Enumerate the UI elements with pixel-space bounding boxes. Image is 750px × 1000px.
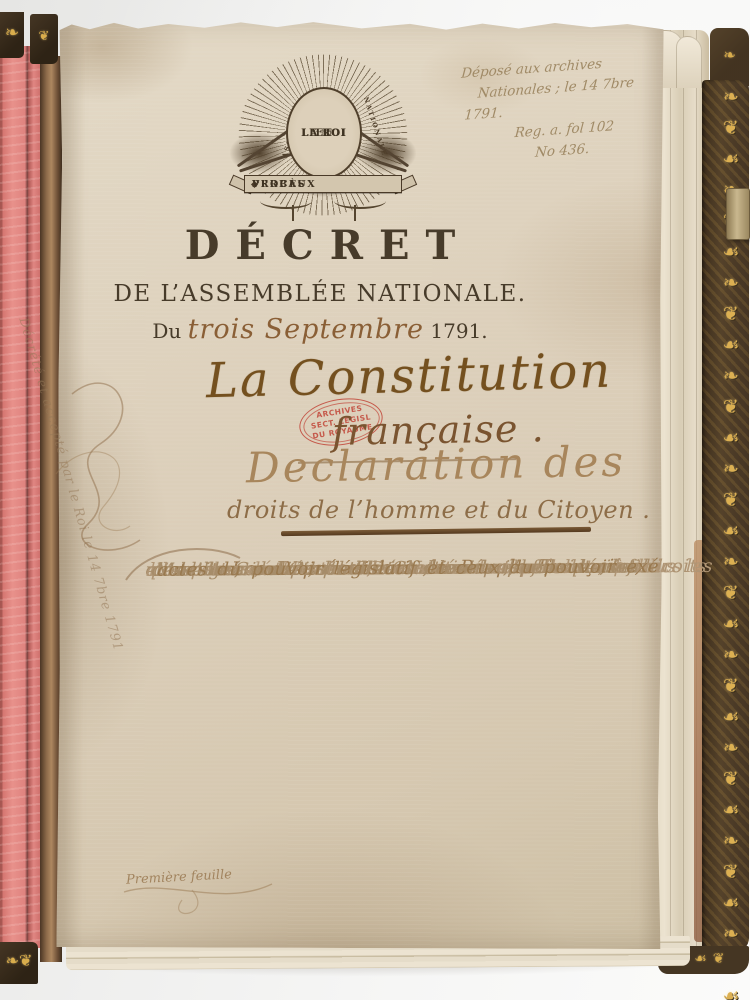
- archival-deposit-note: Déposé aux archives Nationales ; le 14 7…: [455, 48, 692, 170]
- gold-tooled-hinge-cap: ❦: [30, 14, 58, 64]
- pedestal-leg: [354, 205, 356, 221]
- manuscript-photo: ❧ ❦ ❧❦ ❧ ❧❦☙❧❦☙❧❦☙❧❦☙❧❦☙❧❦☙❧❦☙❧❦☙❧❦☙❧❦☙ …: [0, 0, 750, 1000]
- signature-flourish: [44, 356, 174, 576]
- date-prefix: Du: [152, 319, 181, 343]
- decree-subtitle: DE L’ASSEMBLÉE NATIONALE.: [70, 281, 570, 307]
- medallion-year: 1791: [315, 130, 333, 138]
- preamble-line: actes du pouvoir législatif et ceux du p…: [145, 554, 660, 583]
- pedestal-leg: [292, 205, 294, 221]
- metal-clasp: [726, 188, 750, 240]
- national-assembly-emblem: ASSEMBLÉE NATIONALE LA LOI ET LE ROI 179…: [228, 55, 418, 223]
- title-declaration: Declaration des: [246, 437, 627, 493]
- title-droits-de-lhomme: droits de l’homme et du Citoyen .: [227, 496, 650, 524]
- banner-text-right: VERBAUX: [252, 179, 316, 190]
- date-year: 1791.: [430, 319, 487, 343]
- garland-swag: [334, 193, 386, 209]
- date-handwritten: trois Septembre: [188, 314, 424, 345]
- garland-swag: [260, 193, 312, 209]
- decree-title: DÉCRET: [70, 222, 570, 269]
- gold-tooled-corner-top-left: ❧: [0, 12, 24, 58]
- emblem-medallion: LA LOI ET LE ROI 1791: [286, 87, 362, 179]
- gold-tooled-binding-top: ❧: [710, 28, 749, 86]
- title-la-constitution: La Constitution: [205, 343, 613, 410]
- gold-tooled-corner-bottom-left: ❧❦: [0, 942, 38, 984]
- decree-dateline: Du trois Septembre 1791.: [70, 314, 570, 345]
- proces-verbaux-banner: PROCÈS VERBAUX: [244, 175, 402, 193]
- footer-flourish: [118, 876, 278, 926]
